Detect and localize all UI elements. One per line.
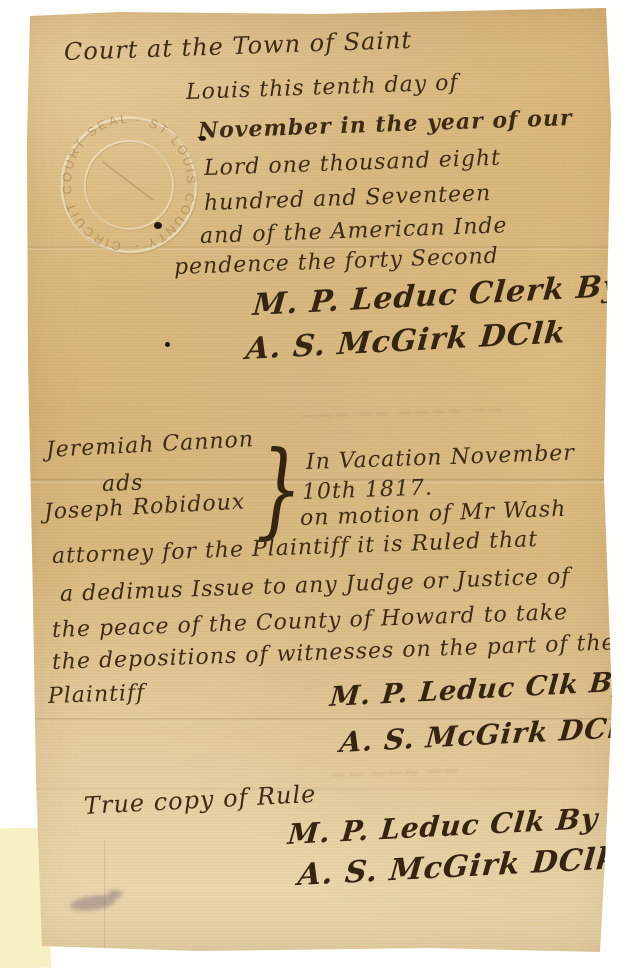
handwritten-line: Plaintiff <box>48 681 146 709</box>
certification-line: True copy of Rule <box>83 780 317 820</box>
scanned-document-page: { "page": { "background_color": "#fefefa… <box>0 0 640 968</box>
handwritten-line: November in the year of our <box>198 105 573 144</box>
deputy-clerk-signature: A. S. McGirk DClk <box>296 841 619 893</box>
svg-text:CIRCUIT COURT SEAL · ST LOUIS: CIRCUIT COURT SEAL · ST LOUIS COUNTY · <box>60 112 198 254</box>
ink-blot <box>154 222 162 229</box>
ink-blot <box>199 136 206 141</box>
ink-blot <box>165 342 170 347</box>
seal-text: CIRCUIT COURT SEAL · ST LOUIS COUNTY · <box>60 112 198 254</box>
party-name: Joseph Robidoux <box>43 489 245 525</box>
versus-abbreviation: ads <box>102 471 144 497</box>
deputy-clerk-signature: A. S. McGirk DClk <box>244 315 567 367</box>
handwritten-line: Court at the Town of Saint <box>64 26 413 66</box>
handwritten-line: a dedimus Issue to any Judge or Justice … <box>60 564 571 607</box>
ink-bleedthrough: ~~ ~~~ ~~ <box>330 758 461 787</box>
caption-brace: } <box>256 428 302 550</box>
embossed-court-seal-icon: CIRCUIT COURT SEAL · ST LOUIS COUNTY · <box>58 112 200 258</box>
handwritten-line: hundred and Seventeen <box>204 181 492 216</box>
handwritten-line: In Vacation November <box>306 441 576 475</box>
handwritten-line: 10th 1817. <box>302 475 434 505</box>
handwritten-line: pendence the forty Second <box>174 244 500 280</box>
handwritten-line: and of the American Inde <box>200 213 508 249</box>
party-name: Jeremiah Cannon <box>45 427 254 463</box>
deputy-clerk-signature: A. S. McGirk DClk <box>339 710 640 759</box>
manuscript-paper: CIRCUIT COURT SEAL · ST LOUIS COUNTY · ~… <box>0 0 640 968</box>
handwritten-line: Lord one thousand eight <box>204 146 502 181</box>
ink-smudge <box>108 890 122 898</box>
handwritten-line: Louis this tenth day of <box>186 70 459 105</box>
ink-bleedthrough: ~~~ ~~ ~~~~ ~~ <box>300 396 504 427</box>
clerk-signature: M. P. Leduc Clk By <box>329 666 632 713</box>
